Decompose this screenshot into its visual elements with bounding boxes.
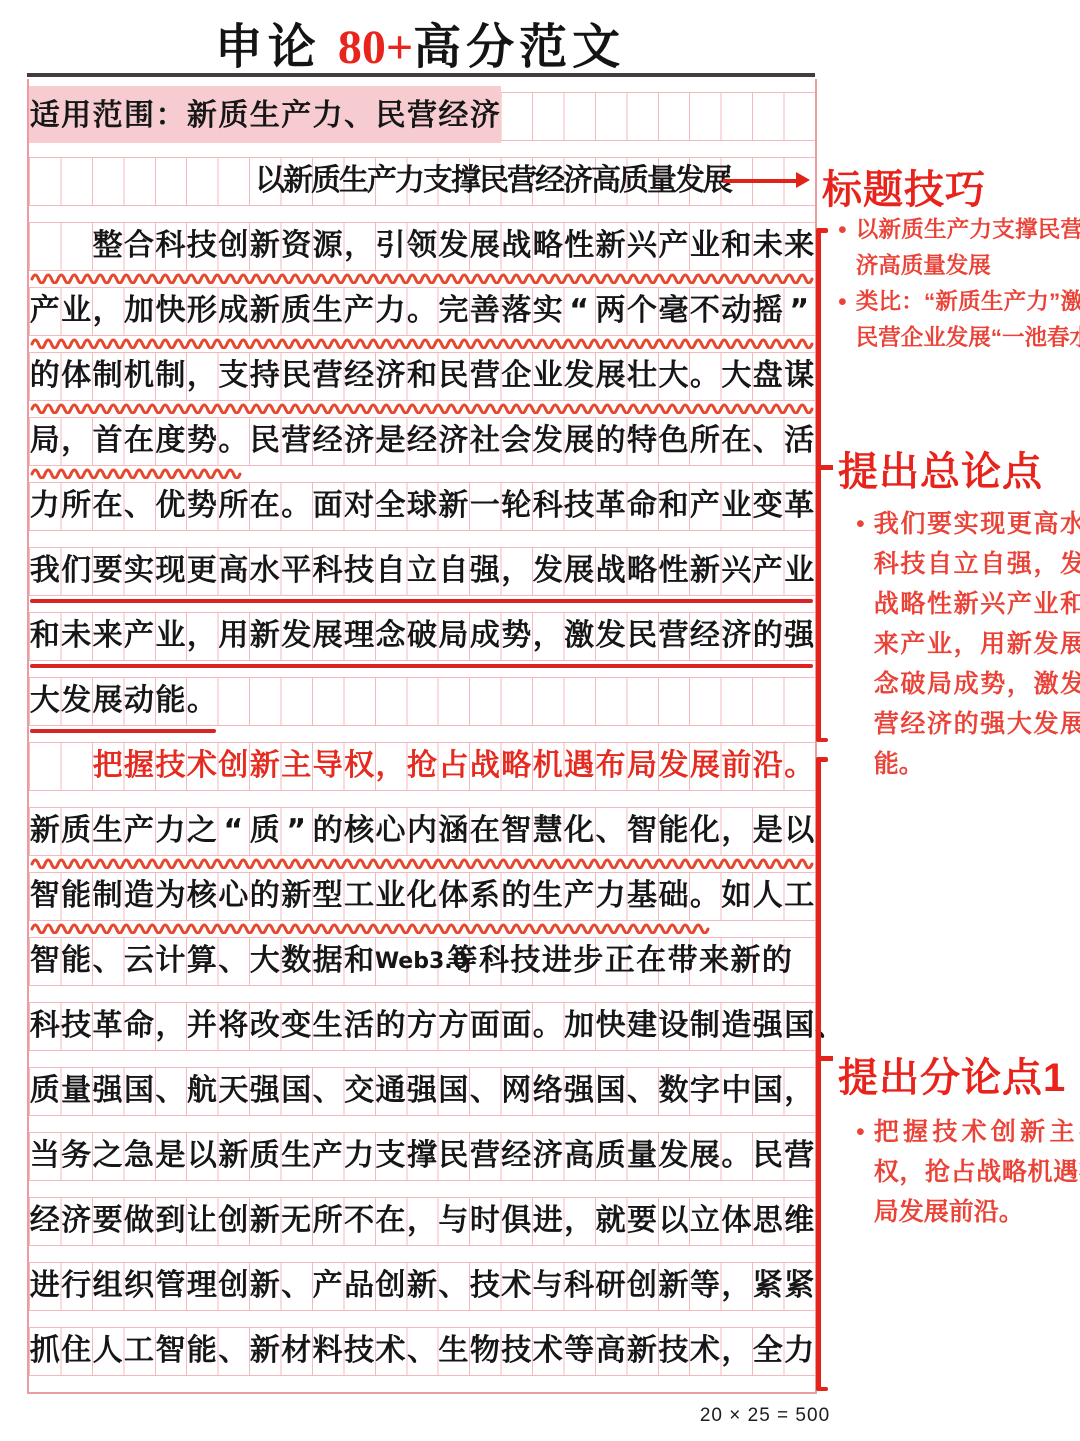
char-cell: 当 [29,1133,60,1180]
char-cell: 计 [155,938,186,985]
cell-band: 和未来产业，用新发展理念破局成势，激发民营经济的强 [29,612,815,661]
char-cell: 业 [784,548,815,595]
cell-band: 产业，加快形成新质生产力。完善落实“两个毫不动摇” [29,287,815,336]
char-cell: 生 [92,808,123,855]
char-cell: 经 [438,93,469,140]
char-cell: 立 [406,548,437,595]
char-cell: 营 [784,1133,815,1180]
char-cell: 略 [501,743,532,790]
char-cell: 经 [535,158,563,205]
char-cell: 、 [92,938,123,985]
char-cell: 进 [541,938,572,985]
char-cell: 布 [595,743,626,790]
char-cell: 的 [29,353,60,400]
row-text: 力所在、优势所在。面对全球新一轮科技革命和产业变革 [29,483,815,530]
char-cell: “ [563,288,594,335]
char-cell: 智 [155,1328,186,1375]
char-cell: ， [375,743,406,790]
char-cell: 数 [281,938,312,985]
char-cell: 、 [343,93,374,140]
char-cell: 就 [595,1198,626,1245]
char-cell: 生 [281,1133,312,1180]
cell-band: 抓住人工智能、新材料技术、生物技术等高新技术，全力 [29,1327,815,1376]
char-cell: 强 [469,548,500,595]
char-cell: 通 [375,1068,406,1115]
row-text: 新质生产力之“质”的核心内涵在智慧化、智能化，是以 [29,808,815,855]
char-cell: 对 [343,483,374,530]
char-cell: 力 [595,873,626,920]
char-cell: 支 [375,1133,406,1180]
char-cell: 在 [249,483,280,530]
wavy-underline [30,921,720,939]
char-cell: 天 [218,1068,249,1115]
char-cell: 。 [406,288,437,335]
char-cell: 质 [281,288,312,335]
annotation-bullets-title-technique: •以新质生产力支撑民营经济高质量发展•类比：“新质生产力”激活民营企业发展“一池… [838,212,1080,356]
char-cell: 营 [281,418,312,465]
char-cell: 导 [312,743,343,790]
char-cell: 以 [658,1198,689,1245]
char-cell: 强 [784,613,815,660]
annotation-bullet: •把握技术创新主导权，抢占战略机遇布局发展前沿。 [856,1112,1080,1232]
char-cell: 带 [667,938,698,985]
char-cell: 不 [689,288,720,335]
char-cell: ， [406,1198,437,1245]
page-title-suffix: 高分范文 [413,21,625,74]
char-cell: 民 [752,1133,783,1180]
char-cell: 和 [343,938,374,985]
char-cell: 技 [469,1263,500,1310]
char-cell: 创 [375,1263,406,1310]
char-cell: 、 [595,808,626,855]
char-cell: 强 [92,1068,123,1115]
char-cell: 材 [281,1328,312,1375]
char-cell: 、 [312,1068,343,1115]
wavy-underline [30,401,814,419]
char-cell: 范 [92,93,123,140]
char-cell [60,743,91,790]
char-cell: 新 [29,808,60,855]
row-text: 进行组织管理创新、产品创新、技术与科研创新等，紧紧 [29,1263,815,1310]
char-cell: 心 [218,873,249,920]
page-title-prefix: 申论 [215,21,338,74]
char-cell: 革 [595,483,626,530]
char-cell: 算 [186,938,217,985]
char-cell: 势 [186,483,217,530]
char-cell: 量 [60,1068,91,1115]
char-cell: 抓 [29,1328,60,1375]
char-cell: ， [186,613,217,660]
char-cell: 术 [689,1328,720,1375]
char-cell: 营 [469,1133,500,1180]
char-cell: 制 [689,1003,720,1050]
char-cell: 工 [343,873,374,920]
char-cell: 研 [595,1263,626,1310]
char-cell [29,743,60,790]
char-cell: 产 [658,223,689,270]
char-cell: 物 [469,1328,500,1375]
char-cell: 让 [186,1198,217,1245]
cell-band: 的体制机制，支持民营经济和民营企业发展壮大。大盘谋 [29,352,815,401]
char-cell: 源 [312,223,343,270]
wavy-underline [30,271,814,289]
char-cell: 济 [375,353,406,400]
char-cell: 大 [658,353,689,400]
row-text: 质量强国、航天强国、交通强国、网络强国、数字中国， [29,1068,815,1115]
char-cell: 创 [218,223,249,270]
char-cell: 局 [626,743,657,790]
char-cell: 到 [155,1198,186,1245]
cell-band: 当务之急是以新质生产力支撑民营经济高质量发展。民营 [29,1132,815,1181]
char-cell: 技 [510,938,541,985]
char-cell: 谋 [784,353,815,400]
char-cell: 发 [532,548,563,595]
char-cell: 理 [343,613,374,660]
char-cell: ， [721,1328,752,1375]
row-text: 适用范围：新质生产力、民营经济 [29,93,501,140]
char-cell: 所 [689,418,720,465]
char-cell: 所 [60,483,91,530]
char-cell: 发 [532,418,563,465]
cell-band: 适用范围：新质生产力、民营经济 [29,92,815,141]
char-cell: 展 [92,678,123,725]
row-text: 把握技术创新主导权，抢占战略机遇布局发展前沿。 [29,743,815,790]
char-cell: 略 [626,548,657,595]
char-cell: 命 [123,1003,154,1050]
char-cell: 摇 [752,288,783,335]
char-cell: 资 [281,223,312,270]
char-cell: 性 [563,223,594,270]
char-cell: 造 [721,1003,752,1050]
char-cell: 高 [218,548,249,595]
char-cell: 新 [249,1328,280,1375]
char-cell: 民 [626,613,657,660]
char-cell: 发 [675,158,703,205]
char-cell: 局 [438,613,469,660]
char-cell: 技 [60,1003,91,1050]
char-cell: 织 [123,1263,154,1310]
char-cell: 发 [60,678,91,725]
char-cell: 全 [752,1328,783,1375]
manuscript-row: 新质生产力之“质”的核心内涵在智慧化、智能化，是以 [29,807,815,872]
char-cell: 技 [343,548,374,595]
char-cell: 强 [752,1003,783,1050]
char-cell: 、 [281,1263,312,1310]
char-cell: 产 [123,613,154,660]
char-cell: 和 [29,613,60,660]
char-cell: 化 [689,808,720,855]
char-cell: 全 [375,483,406,530]
cell-band: 经济要做到让创新无所不在，与时俱进，就要以立体思维 [29,1197,815,1246]
char-cell: 等 [689,1263,720,1310]
char-cell: 质 [218,93,249,140]
char-cell: 是 [155,1133,186,1180]
char-cell: 体 [721,1198,752,1245]
char-cell: 发 [438,223,469,270]
solid-underline [30,664,813,668]
char-cell: 民 [438,353,469,400]
char-cell: 快 [155,288,186,335]
char-cell: 国 [784,1003,815,1050]
cell-band: 质量强国、航天强国、交通强国、网络强国、数字中国， [29,1067,815,1116]
row-text: 智能、云计算、大数据和Web3.0等科技进步正在带来新的 [29,938,793,985]
char-cell: 智 [29,873,60,920]
char-cell: 网 [501,1068,532,1115]
char-cell: 涵 [438,808,469,855]
char-cell: 来 [92,613,123,660]
cell-band: 局，首在度势。民营经济是经济社会发展的特色所在、活 [29,417,815,466]
char-cell: 术 [501,1263,532,1310]
char-cell: 高 [595,1328,626,1375]
char-cell: 权 [343,743,374,790]
char-cell: 引 [375,223,406,270]
char-cell: 变 [281,1003,312,1050]
char-cell: 的 [501,873,532,920]
char-cell: 务 [60,1133,91,1180]
char-cell: ” [281,808,312,855]
manuscript-row: 我们要实现更高水平科技自立自强，发展战略性新兴产业 [29,547,815,612]
char-cell: 新 [626,1328,657,1375]
char-cell: ， [784,1068,815,1115]
char-cell: 民 [479,158,507,205]
char-cell: 民 [249,418,280,465]
char-cell: 数 [658,1068,689,1115]
row-text: 智能制造为核心的新型工业化体系的生产力基础。如人工 [29,873,815,920]
char-cell: 力 [155,808,186,855]
char-cell: 并 [186,1003,217,1050]
char-cell: 。 [281,483,312,530]
char-cell: 量 [647,158,675,205]
char-cell: 力 [784,1328,815,1375]
char-cell: 产 [281,93,312,140]
char-cell: 发 [595,613,626,660]
char-cell: 落 [501,288,532,335]
char-cell: 产 [312,1263,343,1310]
char-cell: 善 [469,288,500,335]
row-text: 整合科技创新资源，引领发展战略性新兴产业和未来 [29,223,815,270]
row-text: 我们要实现更高水平科技自立自强，发展战略性新兴产业 [29,548,815,595]
char-cell: 管 [155,1263,186,1310]
char-cell: 壮 [626,353,657,400]
char-cell: 能 [155,678,186,725]
char-cell: 创 [218,743,249,790]
char-cell: 形 [186,288,217,335]
char-cell: ： [155,93,186,140]
char-cell: 人 [752,873,783,920]
bracket-cap [816,738,828,743]
char-cell: 和 [721,223,752,270]
page-title: 申论 80+高分范文 [27,8,813,77]
char-cell: 业 [375,873,406,920]
char-cell: 展 [312,613,343,660]
char-cell: 科 [532,483,563,530]
char-cell: 民 [438,1133,469,1180]
char-cell: 制 [155,353,186,400]
char-cell: 生 [312,1003,343,1050]
annotation-bullet: •以新质生产力支撑民营经济高质量发展 [838,212,1080,284]
char-cell: 。 [689,353,720,400]
char-cell: 济 [469,93,500,140]
char-cell: 。 [218,418,249,465]
char-cell: 新 [218,1133,249,1180]
char-cell: 、 [123,483,154,530]
char-cell: 系 [469,873,500,920]
char-cell: 产 [123,808,154,855]
manuscript-row: 整合科技创新资源，引领发展战略性新兴产业和未来 [29,222,815,287]
char-cell: 的 [312,808,343,855]
manuscript-row: 科技革命，并将改变生活的方方面面。加快建设制造强国、 [29,1002,815,1067]
manuscript-row: 局，首在度势。民营经济是经济社会发展的特色所在、活 [29,417,815,482]
char-cell: 新 [658,1263,689,1310]
char-cell: 在 [469,808,500,855]
char-cell: 改 [249,1003,280,1050]
char-cell: 产 [343,288,374,335]
char-cell: 科 [478,938,509,985]
essay-title-row: 以新质生产力支撑民营经济高质量发展 [29,157,815,222]
char-cell: 、 [752,418,783,465]
char-cell: 新 [281,873,312,920]
row-text: 产业，加快形成新质生产力。完善落实“两个毫不动摇” [29,288,815,335]
char-cell: 营 [406,93,437,140]
annotation-bullet-text: 我们要实现更高水平科技自立自强，发展战略性新兴产业和未来产业，用新发展理念破局成… [874,504,1080,784]
char-cell: 所 [218,483,249,530]
manuscript-row: 把握技术创新主导权，抢占战略机遇布局发展前沿。 [29,742,815,807]
char-cell: 理 [186,1263,217,1310]
char-cell: 新 [689,548,720,595]
char-cell: 发 [281,613,312,660]
char-cell: 高 [563,1133,594,1180]
char-cell: 之 [92,1133,123,1180]
char-cell: 急 [123,1133,154,1180]
char-cell: 造 [123,873,154,920]
char-cell: 济 [532,1133,563,1180]
manuscript-row: 质量强国、航天强国、交通强国、网络强国、数字中国， [29,1067,815,1132]
cell-band: 整合科技创新资源，引领发展战略性新兴产业和未来 [29,222,815,271]
char-cell: 业 [60,288,91,335]
char-cell: 料 [312,1328,343,1375]
cell-band: 把握技术创新主导权，抢占战略机遇布局发展前沿。 [29,742,815,791]
char-cell: 新 [249,613,280,660]
char-cell: 质 [60,808,91,855]
char-cell: 进 [532,1198,563,1245]
char-cell: 成 [218,288,249,335]
char-cell: 等 [563,1328,594,1375]
char-cell: 势 [501,613,532,660]
char-cell: 将 [218,1003,249,1050]
char-cell: 用 [218,613,249,660]
manuscript-row: 的体制机制，支持民营经济和民营企业发展壮大。大盘谋 [29,352,815,417]
char-cell: 用 [60,93,91,140]
char-cell: 企 [501,353,532,400]
char-cell: 面 [312,483,343,530]
char-cell: 力 [343,1133,374,1180]
char-cell: 来 [698,938,729,985]
char-cell: ” [784,288,815,335]
char-cell: ， [721,808,752,855]
char-cell: 不 [343,1198,374,1245]
char-cell: 的 [249,873,280,920]
char-cell: 智 [29,938,60,985]
char-cell: 质 [249,808,280,855]
char-cell: 毫 [658,288,689,335]
char-cell: 新 [283,158,311,205]
char-cell: 国 [281,1068,312,1115]
char-cell: 命 [626,483,657,530]
char-cell: ， [532,613,563,660]
char-cell: 发 [658,1133,689,1180]
char-cell: 一 [469,483,500,530]
char-cell: 首 [92,418,123,465]
bracket-sub-thesis-1 [816,757,834,1391]
solid-underline [30,599,813,603]
char-cell: 生 [438,1328,469,1375]
manuscript-row: 当务之急是以新质生产力支撑民营经济高质量发展。民营 [29,1132,815,1197]
char-cell: 主 [281,743,312,790]
char-cell: 济 [721,613,752,660]
char-cell: 中 [721,1068,752,1115]
char-cell: 强 [249,1068,280,1115]
manuscript-row: 大发展动能。 [29,677,815,742]
char-cell: 在 [92,483,123,530]
char-cell: 兴 [626,223,657,270]
wavy-underline [30,336,814,354]
row-text: 的体制机制，支持民营经济和民营企业发展壮大。大盘谋 [29,353,815,400]
char-cell: 沿 [752,743,783,790]
row-text: 抓住人工智能、新材料技术、生物技术等高新技术，全力 [29,1328,815,1375]
char-cell: 自 [375,548,406,595]
char-cell: 国 [595,1068,626,1115]
char-cell: 战 [469,743,500,790]
annotation-bullet: •我们要实现更高水平科技自立自强，发展战略性新兴产业和未来产业，用新发展理念破局… [856,504,1080,784]
char-cell: 以 [186,1133,217,1180]
char-cell: 民 [281,353,312,400]
char-cell: 两 [595,288,626,335]
char-cell: 业 [689,223,720,270]
char-cell: 产 [29,288,60,335]
char-cell: 略 [532,223,563,270]
annotation-heading-main-thesis: 提出总论点 [838,440,1043,497]
char-cell: 术 [375,1328,406,1375]
char-cell: 力 [375,288,406,335]
char-cell: 革 [784,483,815,530]
char-cell: 立 [689,1198,720,1245]
char-cell: 质 [249,1133,280,1180]
char-cell: 的 [375,1003,406,1050]
char-cell: 实 [123,548,154,595]
char-cell: 能 [186,1328,217,1375]
wavy-underline [30,466,248,484]
char-cell: 工 [784,873,815,920]
char-cell: 力 [312,93,343,140]
char-cell: 特 [626,418,657,465]
char-cell: ， [721,1263,752,1310]
char-cell: ， [92,288,123,335]
char-cell: 。 [784,743,815,790]
char-cell: 紧 [784,1263,815,1310]
char-cell: 基 [626,873,657,920]
char-cell: 航 [186,1068,217,1115]
char-cell: 制 [92,353,123,400]
char-cell: 技 [501,1328,532,1375]
char-cell: 经 [343,353,374,400]
char-cell: 时 [469,1198,500,1245]
char-cell: 支 [218,353,249,400]
char-cell: 产 [752,548,783,595]
char-cell: 展 [469,223,500,270]
bracket-stem [816,228,821,742]
char-cell: 、 [218,1328,249,1375]
manuscript-row: 智能制造为核心的新型工业化体系的生产力基础。如人工 [29,872,815,937]
